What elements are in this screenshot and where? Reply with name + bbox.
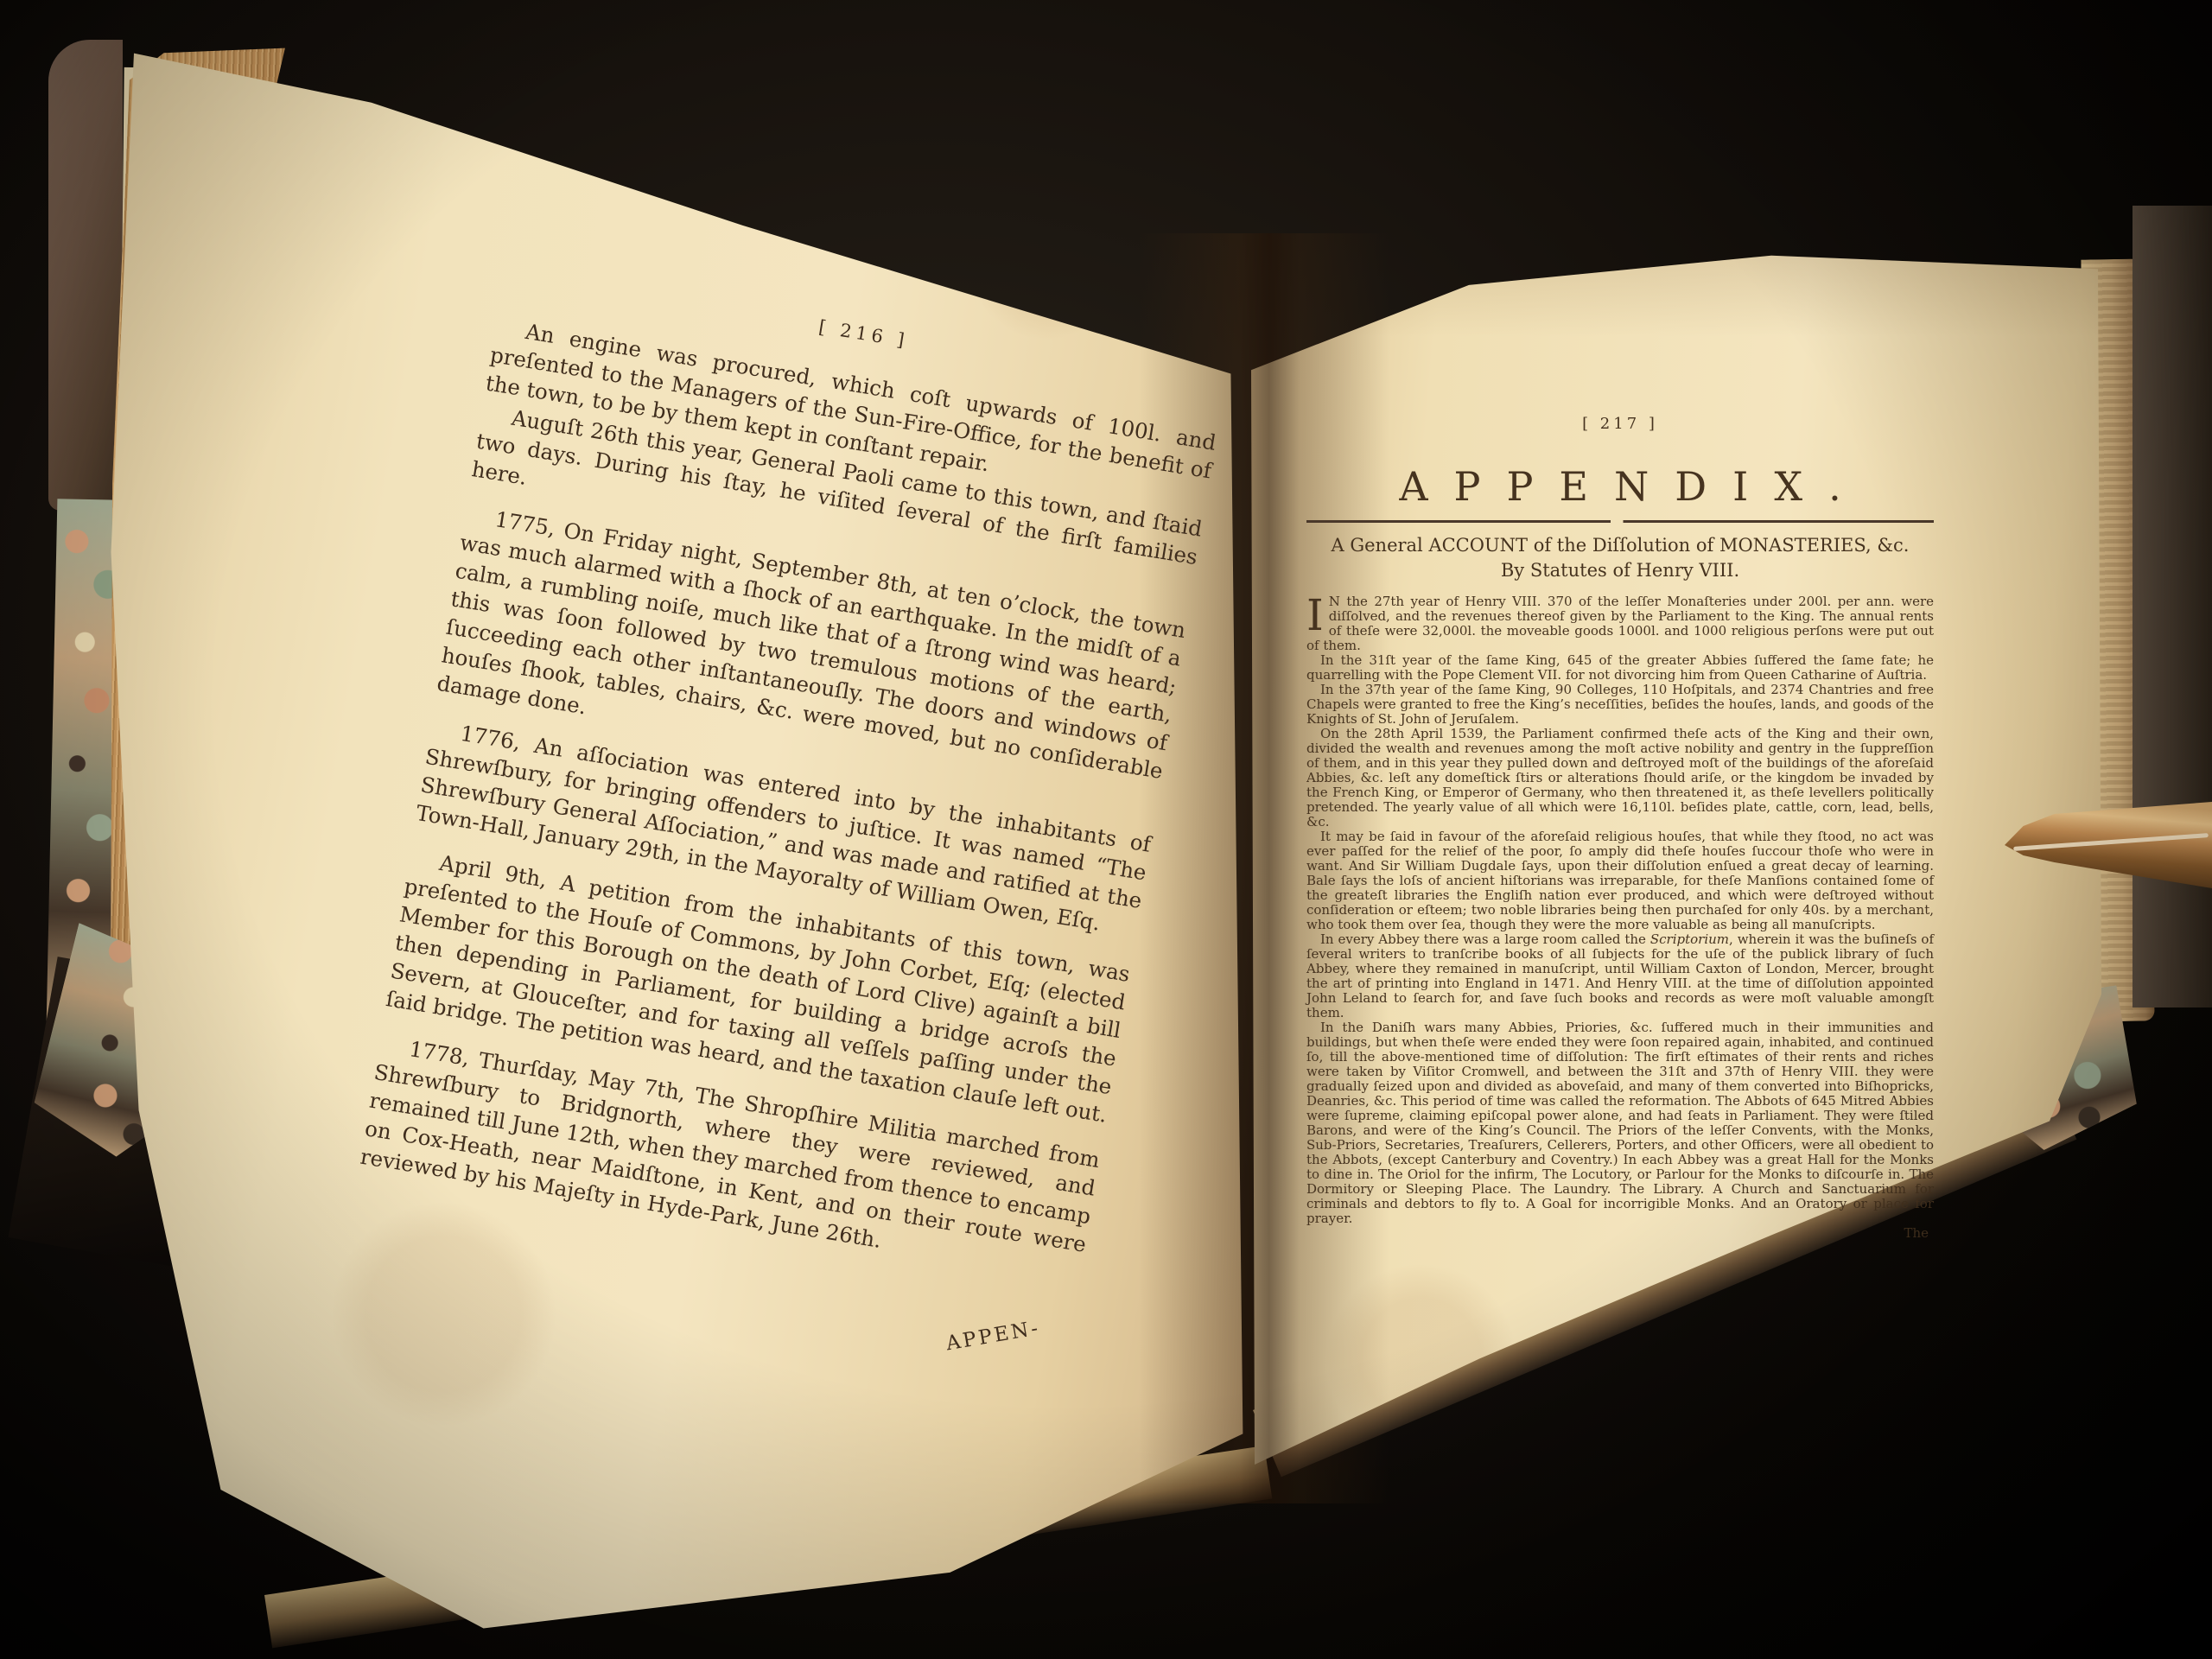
paragraph-danish-wars: In the Daniſh wars many Abbies, Priories… bbox=[1306, 1020, 1934, 1226]
book-photo-scene: [ 216 ] An engine was procured, which co… bbox=[0, 0, 2212, 1659]
paragraph-27th-year: IN the 27th year of Henry VIII. 370 of t… bbox=[1306, 594, 1934, 653]
drop-cap-initial: I bbox=[1306, 594, 1329, 635]
right-catchword: The bbox=[1306, 1226, 1934, 1241]
paragraph-37th-year: In the 37th year of the ſame King, 90 Co… bbox=[1306, 683, 1934, 727]
right-page-text-block: [ 217 ] APPENDIX. A General ACCOUNT of t… bbox=[1306, 415, 1934, 1241]
heading-rule bbox=[1306, 520, 1934, 523]
paragraph-scriptorium: In every Abbey there was a large room ca… bbox=[1306, 932, 1934, 1020]
appendix-title: APPENDIX. bbox=[1306, 463, 1934, 510]
right-page-number: [ 217 ] bbox=[1306, 415, 1934, 434]
appendix-subtitle-line1: A General ACCOUNT of the Diſſolution of … bbox=[1306, 534, 1934, 557]
appendix-body: IN the 27th year of Henry VIII. 370 of t… bbox=[1306, 594, 1934, 1241]
scriptorium-italic: Scriptorium bbox=[1650, 931, 1729, 947]
paragraph-31st-year: In the 31ſt year of the ſame King, 645 o… bbox=[1306, 653, 1934, 683]
paragraph-in-favour: It may be ſaid in favour of the aforeſai… bbox=[1306, 829, 1934, 932]
spine-leather-corner bbox=[48, 40, 123, 511]
appendix-subtitle-line2: By Statutes of Henry VIII. bbox=[1306, 560, 1934, 581]
paragraph-1539: On the 28th April 1539, the Parliament c… bbox=[1306, 727, 1934, 829]
leather-cover-right bbox=[2133, 206, 2212, 1007]
